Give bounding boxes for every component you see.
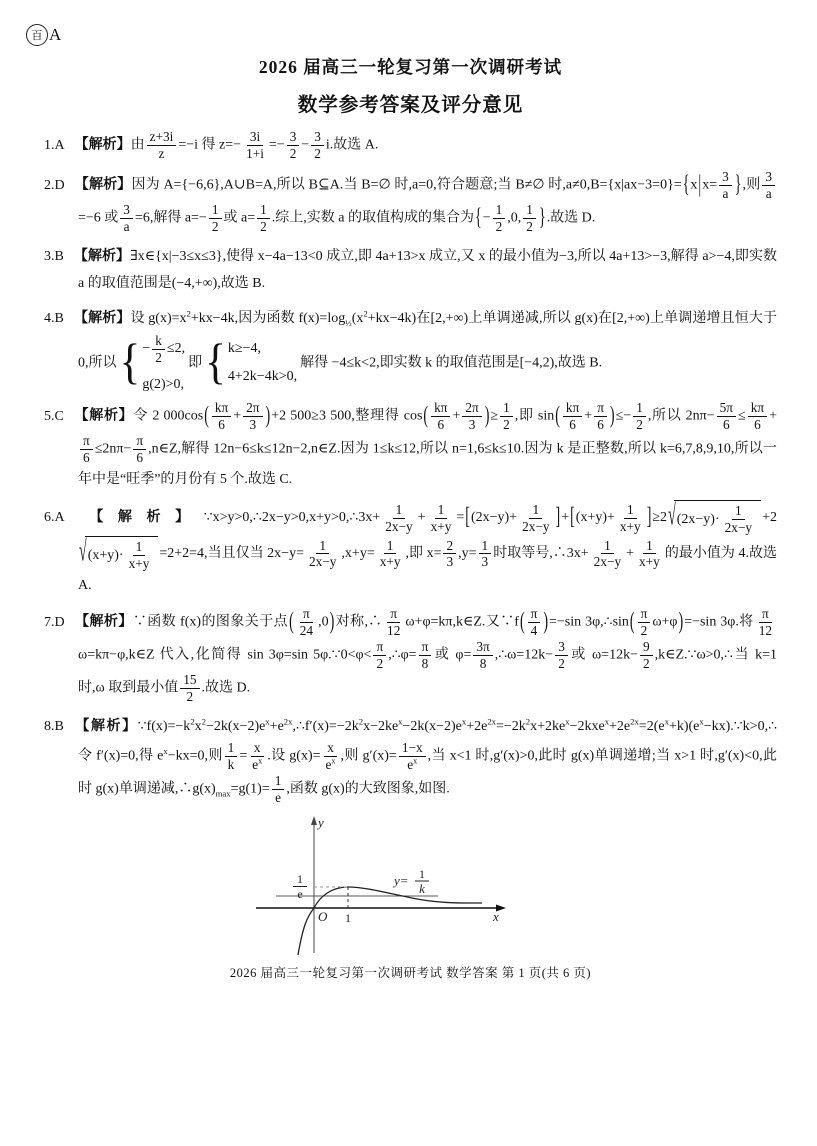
solutions-list: 1.A【解析】由z+3iz=−i 得 z=−3i1+i=−32−32i.故选 A… bbox=[44, 129, 777, 806]
x-tick-1: 1 bbox=[345, 911, 351, 925]
max-value-denominator: e bbox=[297, 887, 302, 901]
answer-label: 1.A bbox=[44, 138, 65, 153]
y-axis-arrow-icon bbox=[311, 816, 317, 825]
solution-item: 4.B【解析】设 g(x)=x2+kx−4k,因为函数 f(x)=log⅓(x2… bbox=[44, 304, 777, 393]
max-value-numerator: 1 bbox=[297, 872, 303, 886]
logo-suffix: A bbox=[49, 25, 61, 45]
function-graph-figure: y x O 1 1 e y= 1 k bbox=[246, 813, 576, 955]
solution-item: 7.D【解析】∵函数 f(x)的图象关于点(π24,0)对称,∴π12ω+φ=k… bbox=[44, 606, 777, 705]
hline-label-numerator: 1 bbox=[419, 867, 425, 881]
answer-label: 5.C bbox=[44, 409, 64, 424]
doc-subtitle: 数学参考答案及评分意见 bbox=[44, 89, 777, 117]
answer-label: 6.A bbox=[44, 510, 65, 525]
answer-label: 8.B bbox=[44, 719, 64, 734]
solution-item: 3.B【解析】∃x∈{x|−3≤x≤3},使得 x−4a−13<0 成立,即 4… bbox=[44, 242, 777, 298]
answer-label: 2.D bbox=[44, 178, 65, 193]
function-graph: y x O 1 1 e y= 1 k bbox=[246, 813, 576, 955]
answer-sheet-page: 百A 2026 届高三一轮复习第一次调研考试 数学参考答案及评分意见 1.A【解… bbox=[0, 0, 817, 1146]
origin-label: O bbox=[318, 909, 328, 924]
solution-item: 6.A【解析】∵x>y>0,∴2x−y>0,x+y>0,∴3x+12x−y+1x… bbox=[44, 500, 777, 599]
y-axis-label: y bbox=[316, 815, 324, 830]
logo-circle-char: 百 bbox=[26, 24, 48, 46]
solution-item: 8.B【解析】∵f(x)=−k2x2−2k(x−2)ex+e2x,∴f′(x)=… bbox=[44, 712, 777, 806]
solution-item: 5.C【解析】令 2 000cos(kπ6+2π3)+2 500≥3 500,整… bbox=[44, 400, 777, 493]
x-axis-label: x bbox=[492, 909, 499, 924]
hline-label-prefix: y= bbox=[392, 873, 409, 888]
answer-label: 3.B bbox=[44, 249, 64, 264]
solution-item: 1.A【解析】由z+3iz=−i 得 z=−3i1+i=−32−32i.故选 A… bbox=[44, 129, 777, 162]
hline-label-denominator: k bbox=[419, 881, 425, 896]
exam-title: 2026 届高三一轮复习第一次调研考试 bbox=[44, 54, 777, 79]
answer-label: 7.D bbox=[44, 615, 65, 630]
solution-item: 2.D【解析】因为 A={−6,6},A∪B=A,所以 B⊆A.当 B=∅ 时,… bbox=[44, 169, 777, 235]
answer-label: 4.B bbox=[44, 311, 64, 326]
publisher-logo: 百A bbox=[26, 24, 61, 46]
page-footer: 2026 届高三一轮复习第一次调研考试 数学答案 第 1 页(共 6 页) bbox=[44, 963, 777, 981]
